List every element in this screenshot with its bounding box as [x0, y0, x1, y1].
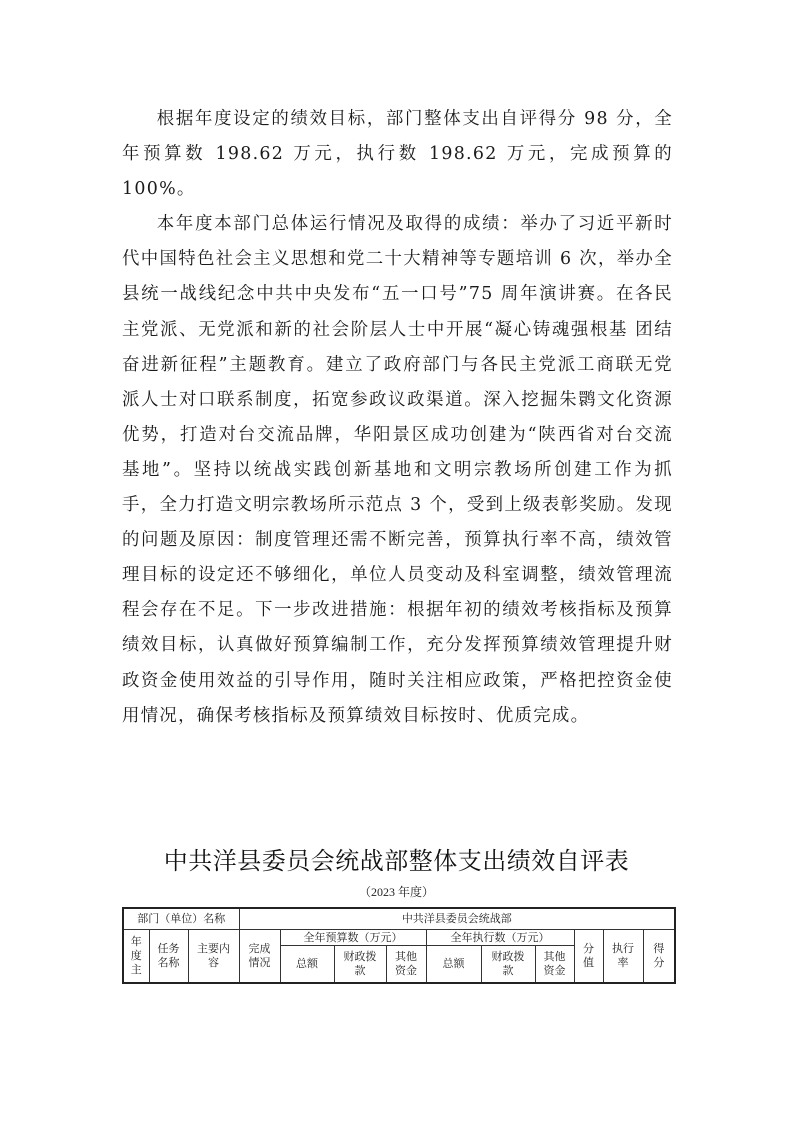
dept-value-cell: 中共洋县委员会统战部 [239, 908, 675, 930]
budget-group-header: 全年预算数（万元） [280, 930, 426, 946]
table-row: 部门（单位）名称 中共洋县委员会统战部 [123, 908, 675, 930]
body-text: 根据年度设定的绩效目标，部门整体支出自评得分 98 分，全年预算数 198.62… [122, 102, 673, 734]
exec-other-header: 其他资金 [535, 946, 574, 984]
task-name-header: 任务名称 [149, 930, 188, 984]
paragraph-summary: 根据年度设定的绩效目标，部门整体支出自评得分 98 分，全年预算数 198.62… [122, 102, 673, 207]
performance-table: 部门（单位）名称 中共洋县委员会统战部 年度主 任务名称 主要内容 完成情况 全… [122, 907, 676, 984]
score-header: 得分 [643, 930, 675, 984]
dept-label-cell: 部门（单位）名称 [123, 908, 239, 930]
budget-fiscal-header: 财政拨款 [334, 946, 386, 984]
document-page: 根据年度设定的绩效目标，部门整体支出自评得分 98 分，全年预算数 198.62… [0, 0, 793, 1122]
main-content-header: 主要内容 [188, 930, 239, 984]
paragraph-performance: 本年度本部门总体运行情况及取得的成绩：举办了习近平新时代中国特色社会主义思想和党… [122, 207, 673, 733]
score-value-header: 分值 [574, 930, 603, 984]
budget-other-header: 其他资金 [386, 946, 426, 984]
exec-total-header: 总额 [426, 946, 481, 984]
exec-group-header: 全年执行数（万元） [426, 930, 574, 946]
completion-header: 完成情况 [239, 930, 280, 984]
table-row: 年度主 任务名称 主要内容 完成情况 全年预算数（万元） 全年执行数（万元） 分… [123, 930, 675, 946]
exec-fiscal-header: 财政拨款 [481, 946, 535, 984]
exec-rate-header: 执行率 [603, 930, 643, 984]
budget-total-header: 总额 [280, 946, 334, 984]
year-goal-header: 年度主 [123, 930, 149, 984]
table-subtitle: （2023 年度） [0, 884, 793, 900]
table-title: 中共洋县委员会统战部整体支出绩效自评表 [0, 843, 793, 879]
